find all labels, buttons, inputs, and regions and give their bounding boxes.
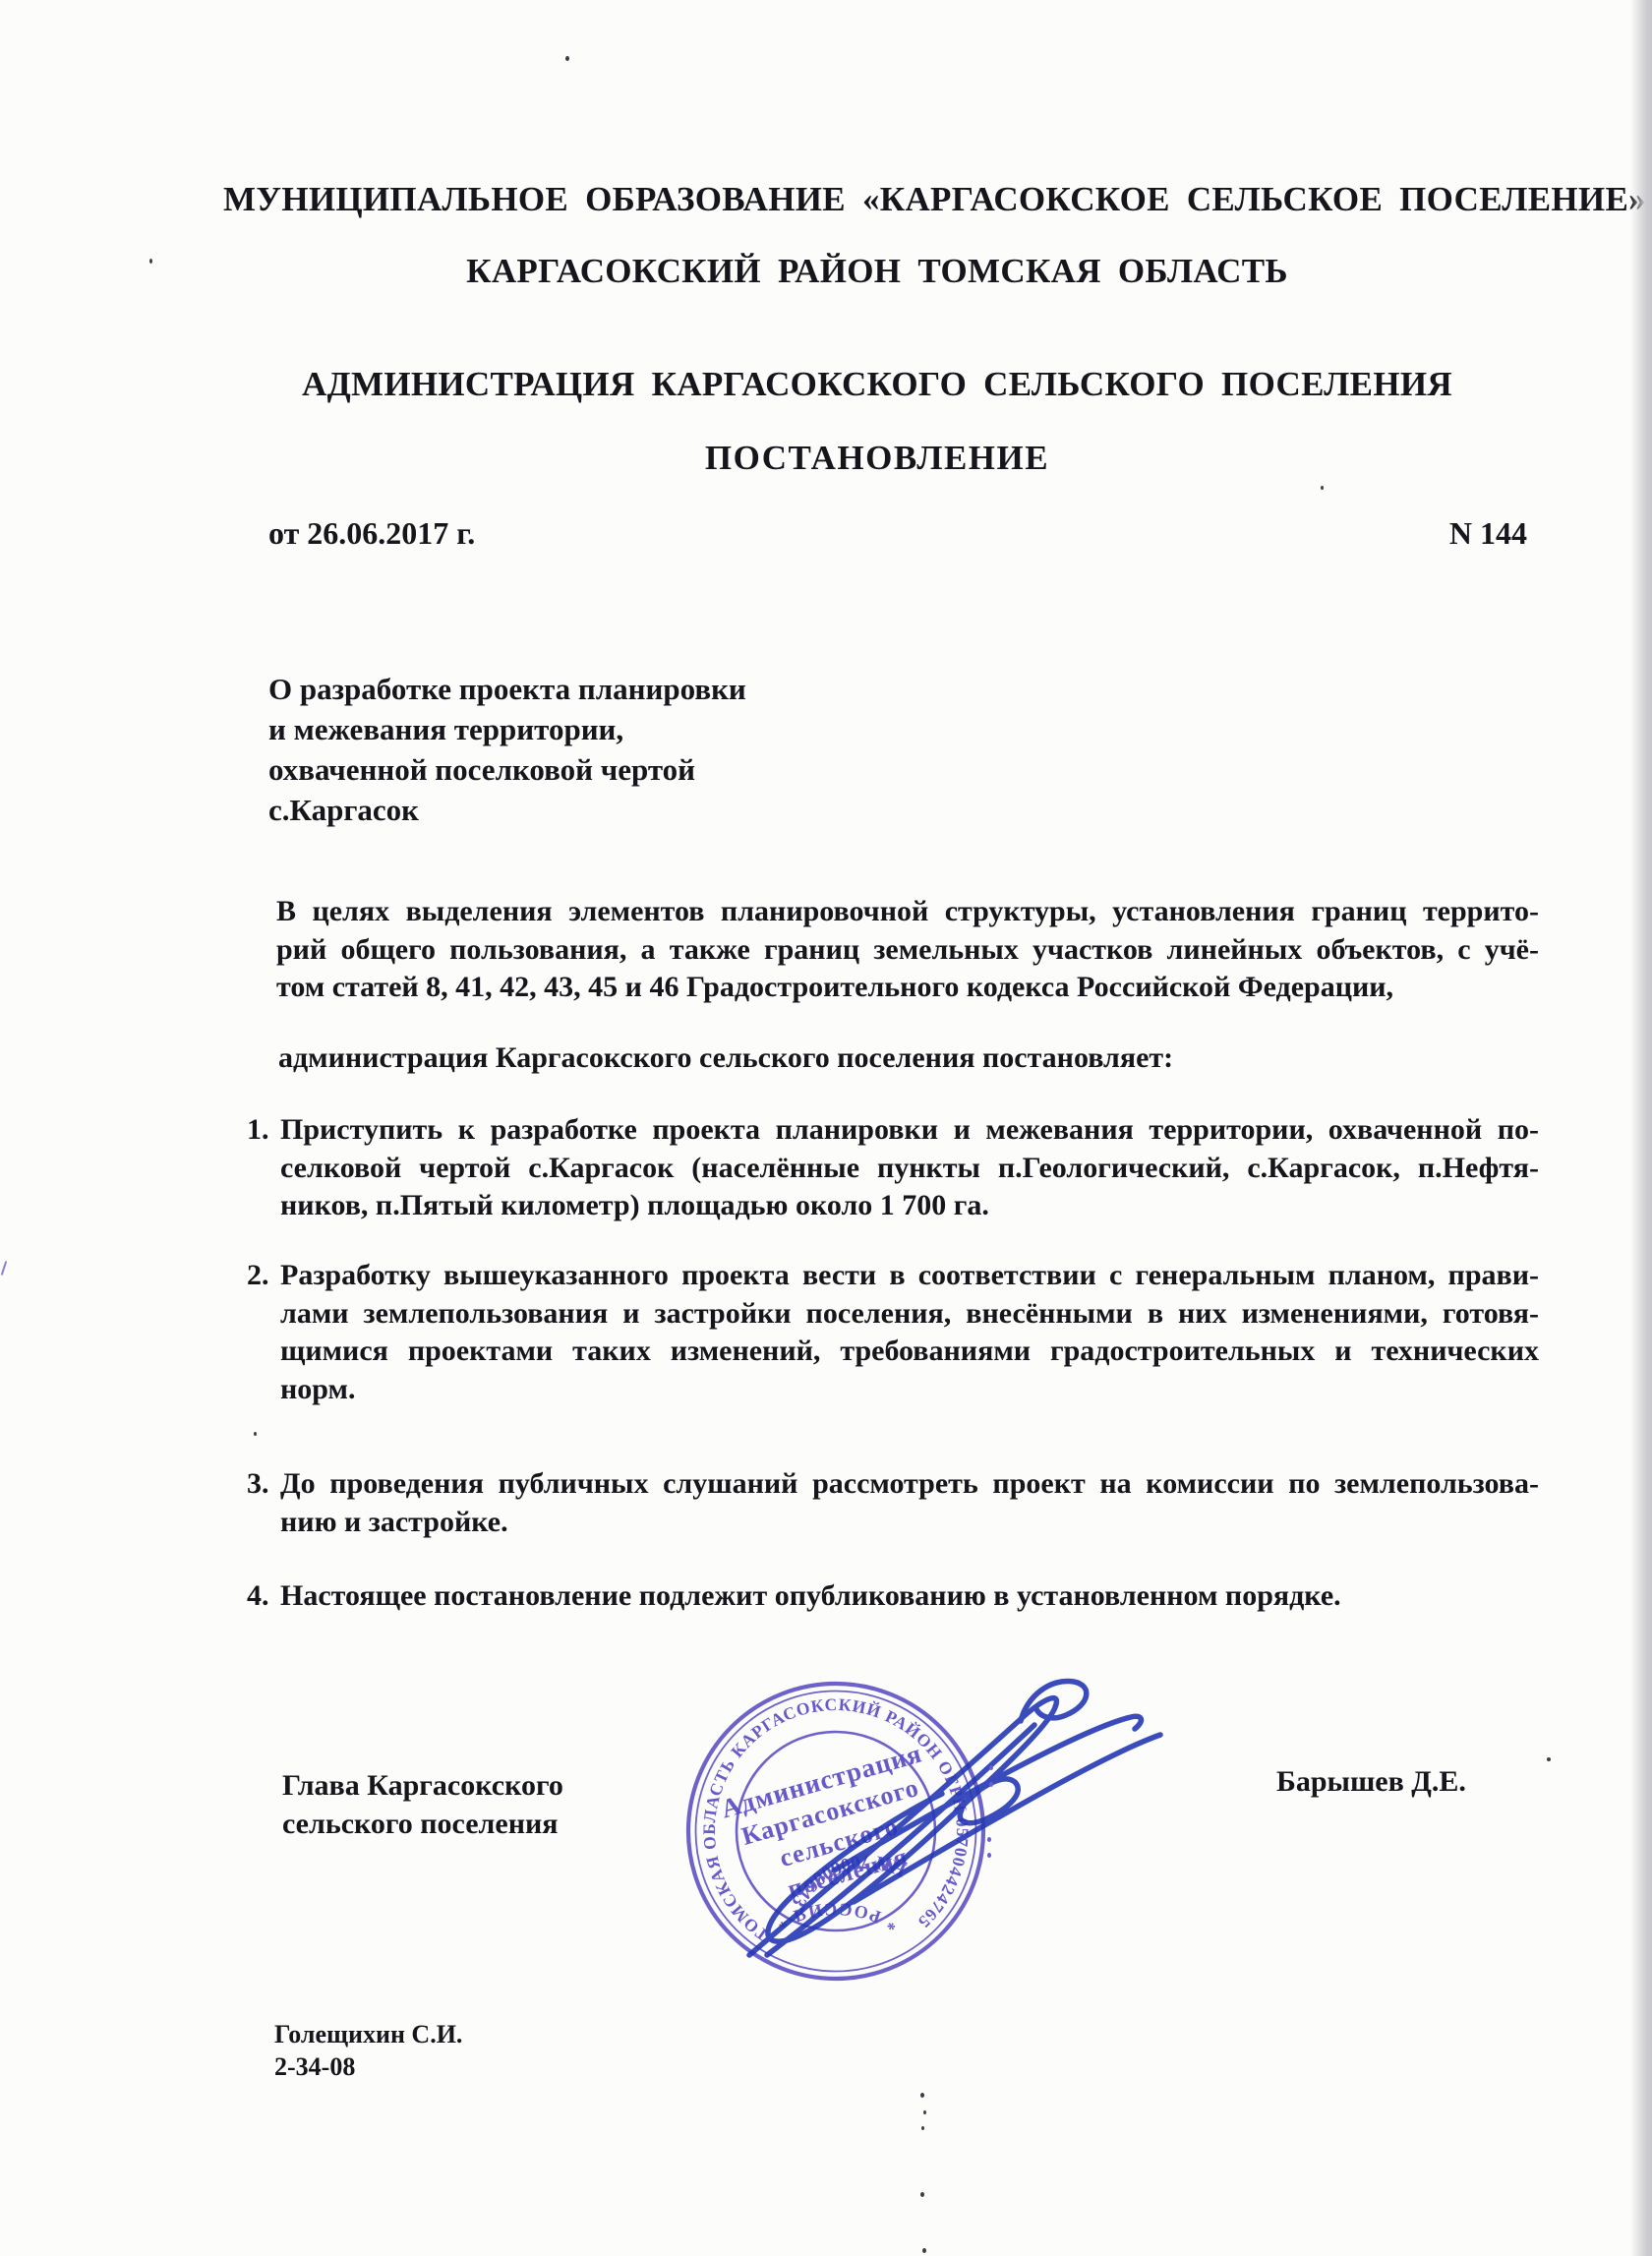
scan-speck	[920, 2093, 924, 2098]
document-type-title: ПОСТАНОВЛЕНИЕ	[223, 439, 1531, 478]
list-item-line: ников, п.Пятый километр) площадью около …	[280, 1187, 1539, 1225]
subject-line: охваченной поселковой чертой	[268, 749, 746, 790]
scan-speck	[922, 2248, 926, 2253]
scan-speck	[1547, 1757, 1551, 1761]
resolution-intro: администрация Каргасокского сельского по…	[278, 1039, 1173, 1078]
scan-speck	[149, 259, 152, 264]
list-item-1: 1. Приступить к разработке проекта плани…	[280, 1111, 1539, 1225]
preamble-line: В целях выделения элементов планировочно…	[276, 893, 1539, 931]
scan-speck	[1321, 486, 1324, 490]
list-item-line: Приступить к разработке проекта планиров…	[280, 1111, 1539, 1150]
document-number: N 144	[1449, 515, 1527, 552]
list-item-number: 2.	[247, 1257, 269, 1295]
scanned-document-page: МУНИЦИПАЛЬНОЕ ОБРАЗОВАНИЕ «КАРГАСОКСКОЕ …	[0, 0, 1652, 2256]
scan-speck	[565, 56, 569, 61]
list-item-line: щимися проектами таких изменений, требов…	[280, 1333, 1539, 1371]
scan-speck	[920, 2192, 924, 2197]
executor-block: Голещихин С.И. 2-34-08	[274, 2018, 462, 2083]
list-item-number: 1.	[247, 1111, 269, 1150]
header-municipality: МУНИЦИПАЛЬНОЕ ОБРАЗОВАНИЕ «КАРГАСОКСКОЕ …	[223, 180, 1531, 219]
list-item-2: 2. Разработку вышеуказанного проекта вес…	[280, 1257, 1539, 1408]
scan-speck	[921, 2126, 924, 2130]
signatory-position-line: Глава Каргасокского	[282, 1766, 563, 1805]
list-item-line: Разработку вышеуказанного проекта вести …	[280, 1257, 1539, 1295]
subject-line: и межевания территории,	[268, 709, 746, 749]
list-item-line: селковой чертой с.Каргасок (населённые п…	[280, 1150, 1539, 1188]
scan-speck	[254, 1432, 257, 1436]
signatory-name: Барышев Д.Е.	[1276, 1765, 1466, 1799]
signature-ink	[629, 1603, 1239, 1996]
list-item-number: 4.	[247, 1577, 269, 1616]
scan-speck	[987, 1837, 991, 1842]
document-date: от 26.06.2017 г.	[268, 515, 475, 552]
executor-name: Голещихин С.И.	[274, 2018, 462, 2050]
list-item-line: лами землепользования и застройки поселе…	[280, 1295, 1539, 1334]
preamble-line: рий общего пользования, а также границ з…	[276, 931, 1539, 970]
list-item-number: 3.	[247, 1465, 269, 1504]
header-district-region: КАРГАСОКСКИЙ РАЙОН ТОМСКАЯ ОБЛАСТЬ	[223, 252, 1531, 291]
scan-mark	[1, 1261, 8, 1276]
scan-edge-shadow	[1630, 0, 1652, 2256]
list-item-line: норм.	[280, 1371, 1539, 1409]
list-item-3: 3. До проведения публичных слушаний расс…	[280, 1465, 1539, 1541]
preamble-line: том статей 8, 41, 42, 43, 45 и 46 Градос…	[276, 969, 1539, 1007]
subject-line: О разработке проекта планировки	[268, 669, 746, 709]
header-administration: АДМИНИСТРАЦИЯ КАРГАСОКСКОГО СЕЛЬСКОГО ПО…	[223, 365, 1531, 404]
scan-speck	[987, 1853, 991, 1858]
subject-line: с.Каргасок	[268, 790, 746, 830]
scan-speck	[989, 1782, 993, 1787]
subject-block: О разработке проекта планировки и межева…	[268, 669, 746, 830]
list-item-line: До проведения публичных слушаний рассмот…	[280, 1465, 1539, 1504]
list-item-line: нию и застройке.	[280, 1504, 1539, 1542]
signatory-position: Глава Каргасокского сельского поселения	[282, 1766, 563, 1843]
signatory-position-line: сельского поселения	[282, 1805, 563, 1843]
executor-phone: 2-34-08	[274, 2050, 462, 2083]
scan-speck	[989, 1765, 993, 1770]
scan-speck	[923, 2110, 926, 2114]
preamble-paragraph: В целях выделения элементов планировочно…	[276, 893, 1539, 1007]
